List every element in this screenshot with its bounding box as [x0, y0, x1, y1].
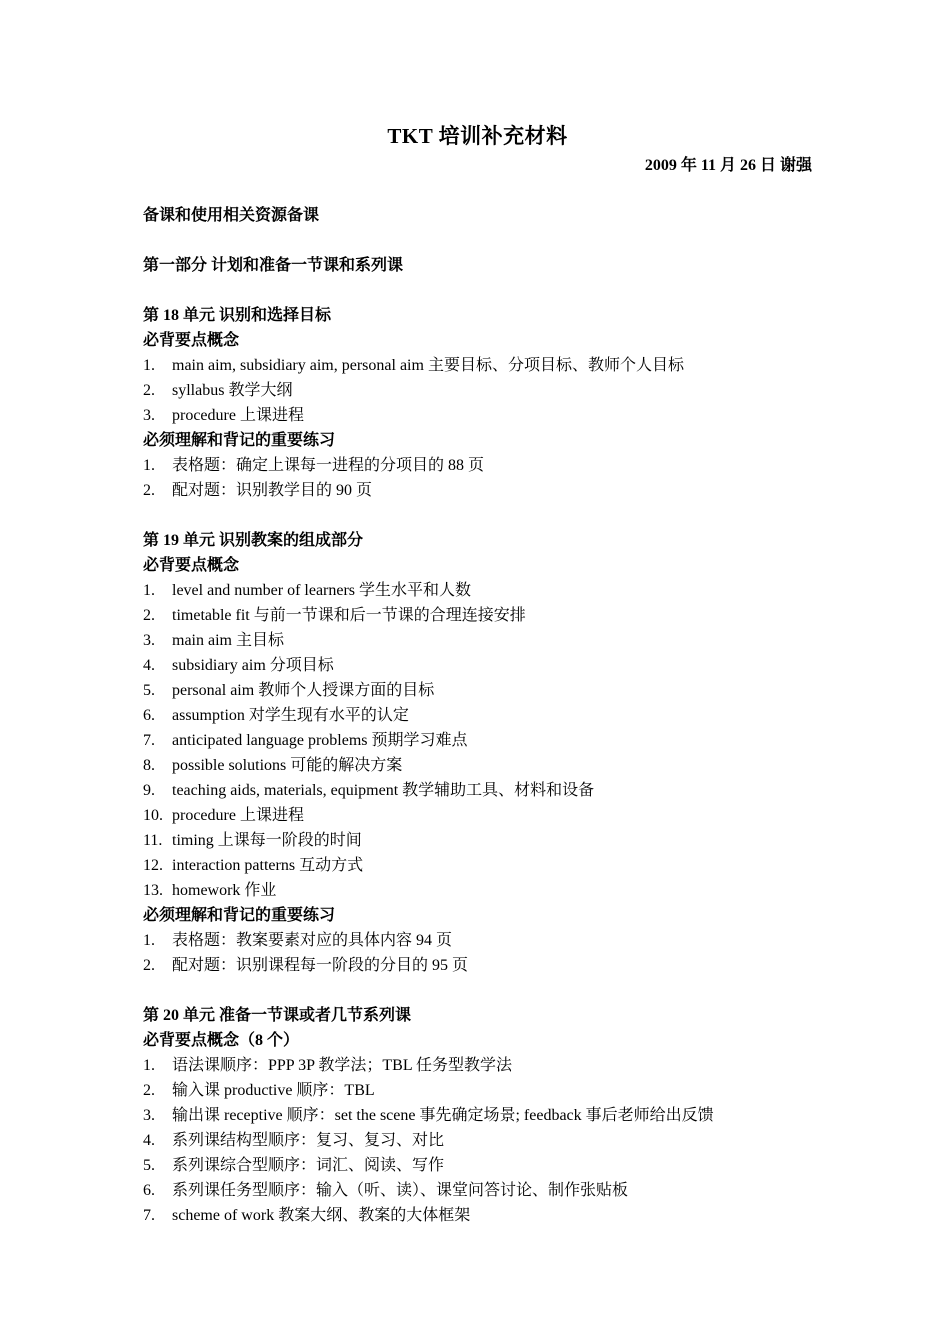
list-item: 10.procedure 上课进程	[143, 803, 812, 828]
intro-heading: 备课和使用相关资源备课	[143, 203, 812, 228]
list-item: 7.scheme of work 教案大纲、教案的大体框架	[143, 1203, 812, 1228]
list-item-text: 配对题：识别教学目的 90 页	[172, 478, 812, 503]
block-heading: 必须理解和背记的重要练习	[143, 903, 812, 928]
list-item: 2.配对题：识别教学目的 90 页	[143, 478, 812, 503]
part-heading: 第一部分 计划和准备一节课和系列课	[143, 253, 812, 278]
list-item: 7.anticipated language problems 预期学习难点	[143, 728, 812, 753]
list-item-text: level and number of learners 学生水平和人数	[172, 578, 812, 603]
list-item-text: main aim 主目标	[172, 628, 812, 653]
list-item-text: 语法课顺序：PPP 3P 教学法；TBL 任务型教学法	[172, 1053, 812, 1078]
list-item-number: 1.	[143, 928, 172, 953]
list-item-number: 9.	[143, 778, 172, 803]
list-item-number: 5.	[143, 678, 172, 703]
list-item-number: 1.	[143, 578, 172, 603]
list-item: 1.语法课顺序：PPP 3P 教学法；TBL 任务型教学法	[143, 1053, 812, 1078]
block-heading: 必背要点概念（8 个）	[143, 1028, 812, 1053]
list-item-number: 8.	[143, 753, 172, 778]
document-page: TKT 培训补充材料 2009 年 11 月 26 日 谢强 备课和使用相关资源…	[0, 0, 950, 1344]
document-title: TKT 培训补充材料	[143, 119, 812, 153]
list-item: 4.subsidiary aim 分项目标	[143, 653, 812, 678]
list-item: 4.系列课结构型顺序：复习、复习、对比	[143, 1128, 812, 1153]
list-item: 12.interaction patterns 互动方式	[143, 853, 812, 878]
list-item-number: 4.	[143, 653, 172, 678]
list-item-number: 1.	[143, 1053, 172, 1078]
list-item: 3.main aim 主目标	[143, 628, 812, 653]
list-item-number: 2.	[143, 603, 172, 628]
list-item-text: 输出课 receptive 顺序：set the scene 事先确定场景; f…	[172, 1103, 812, 1128]
list-item-number: 4.	[143, 1128, 172, 1153]
unit-section: 第 18 单元 识别和选择目标必背要点概念1.main aim, subsidi…	[143, 303, 812, 503]
list-item-number: 1.	[143, 353, 172, 378]
list-item: 1.表格题：确定上课每一进程的分项目的 88 页	[143, 453, 812, 478]
date-author-line: 2009 年 11 月 26 日 谢强	[143, 153, 812, 178]
list-item: 11.timing 上课每一阶段的时间	[143, 828, 812, 853]
list-item: 5.系列课综合型顺序：词汇、阅读、写作	[143, 1153, 812, 1178]
list-item-text: timetable fit 与前一节课和后一节课的合理连接安排	[172, 603, 812, 628]
list-item: 8.possible solutions 可能的解决方案	[143, 753, 812, 778]
unit-title: 第 20 单元 准备一节课或者几节系列课	[143, 1003, 812, 1028]
list-item-text: teaching aids, materials, equipment 教学辅助…	[172, 778, 812, 803]
list-item: 6.系列课任务型顺序：输入（听、读）、课堂问答讨论、制作张贴板	[143, 1178, 812, 1203]
list-item-text: subsidiary aim 分项目标	[172, 653, 812, 678]
list-item-number: 6.	[143, 703, 172, 728]
numbered-list: 1.main aim, subsidiary aim, personal aim…	[143, 353, 812, 428]
list-item: 5.personal aim 教师个人授课方面的目标	[143, 678, 812, 703]
list-item-text: 系列课结构型顺序：复习、复习、对比	[172, 1128, 812, 1153]
list-item-number: 6.	[143, 1178, 172, 1203]
list-item-number: 5.	[143, 1153, 172, 1178]
list-item: 1.表格题：教案要素对应的具体内容 94 页	[143, 928, 812, 953]
list-item-text: main aim, subsidiary aim, personal aim 主…	[172, 353, 812, 378]
block-heading: 必背要点概念	[143, 553, 812, 578]
list-item-number: 10.	[143, 803, 172, 828]
list-item-number: 11.	[143, 828, 172, 853]
list-item: 2.配对题：识别课程每一阶段的分目的 95 页	[143, 953, 812, 978]
list-item-number: 3.	[143, 1103, 172, 1128]
list-item-text: 表格题：教案要素对应的具体内容 94 页	[172, 928, 812, 953]
unit-section: 第 19 单元 识别教案的组成部分必背要点概念1.level and numbe…	[143, 528, 812, 978]
block-heading: 必背要点概念	[143, 328, 812, 353]
list-item-number: 7.	[143, 1203, 172, 1228]
numbered-list: 1.level and number of learners 学生水平和人数2.…	[143, 578, 812, 903]
list-item-text: homework 作业	[172, 878, 812, 903]
block-heading: 必须理解和背记的重要练习	[143, 428, 812, 453]
list-item-text: 系列课任务型顺序：输入（听、读）、课堂问答讨论、制作张贴板	[172, 1178, 812, 1203]
list-item-text: 配对题：识别课程每一阶段的分目的 95 页	[172, 953, 812, 978]
list-item: 13.homework 作业	[143, 878, 812, 903]
numbered-list: 1.表格题：确定上课每一进程的分项目的 88 页2.配对题：识别教学目的 90 …	[143, 453, 812, 503]
list-item-text: syllabus 教学大纲	[172, 378, 812, 403]
list-item-text: 表格题：确定上课每一进程的分项目的 88 页	[172, 453, 812, 478]
list-item-text: possible solutions 可能的解决方案	[172, 753, 812, 778]
list-item-number: 2.	[143, 378, 172, 403]
list-item: 9.teaching aids, materials, equipment 教学…	[143, 778, 812, 803]
list-item-text: procedure 上课进程	[172, 803, 812, 828]
numbered-list: 1.表格题：教案要素对应的具体内容 94 页2.配对题：识别课程每一阶段的分目的…	[143, 928, 812, 978]
list-item-number: 7.	[143, 728, 172, 753]
list-item-number: 12.	[143, 853, 172, 878]
list-item-number: 2.	[143, 1078, 172, 1103]
list-item-number: 13.	[143, 878, 172, 903]
list-item-text: timing 上课每一阶段的时间	[172, 828, 812, 853]
list-item-text: procedure 上课进程	[172, 403, 812, 428]
unit-section: 第 20 单元 准备一节课或者几节系列课必背要点概念（8 个）1.语法课顺序：P…	[143, 1003, 812, 1228]
list-item-number: 2.	[143, 953, 172, 978]
list-item-number: 3.	[143, 403, 172, 428]
unit-title: 第 18 单元 识别和选择目标	[143, 303, 812, 328]
list-item-text: anticipated language problems 预期学习难点	[172, 728, 812, 753]
list-item: 3.输出课 receptive 顺序：set the scene 事先确定场景;…	[143, 1103, 812, 1128]
list-item: 2.syllabus 教学大纲	[143, 378, 812, 403]
list-item-number: 1.	[143, 453, 172, 478]
list-item: 6.assumption 对学生现有水平的认定	[143, 703, 812, 728]
list-item: 3.procedure 上课进程	[143, 403, 812, 428]
list-item-text: 输入课 productive 顺序：TBL	[172, 1078, 812, 1103]
list-item-text: interaction patterns 互动方式	[172, 853, 812, 878]
list-item: 1.level and number of learners 学生水平和人数	[143, 578, 812, 603]
list-item: 2.输入课 productive 顺序：TBL	[143, 1078, 812, 1103]
list-item-number: 2.	[143, 478, 172, 503]
list-item: 2.timetable fit 与前一节课和后一节课的合理连接安排	[143, 603, 812, 628]
list-item-text: assumption 对学生现有水平的认定	[172, 703, 812, 728]
numbered-list: 1.语法课顺序：PPP 3P 教学法；TBL 任务型教学法2.输入课 produ…	[143, 1053, 812, 1228]
list-item-text: scheme of work 教案大纲、教案的大体框架	[172, 1203, 812, 1228]
list-item-number: 3.	[143, 628, 172, 653]
unit-title: 第 19 单元 识别教案的组成部分	[143, 528, 812, 553]
list-item-text: 系列课综合型顺序：词汇、阅读、写作	[172, 1153, 812, 1178]
units-container: 第 18 单元 识别和选择目标必背要点概念1.main aim, subsidi…	[143, 303, 812, 1228]
list-item: 1.main aim, subsidiary aim, personal aim…	[143, 353, 812, 378]
list-item-text: personal aim 教师个人授课方面的目标	[172, 678, 812, 703]
